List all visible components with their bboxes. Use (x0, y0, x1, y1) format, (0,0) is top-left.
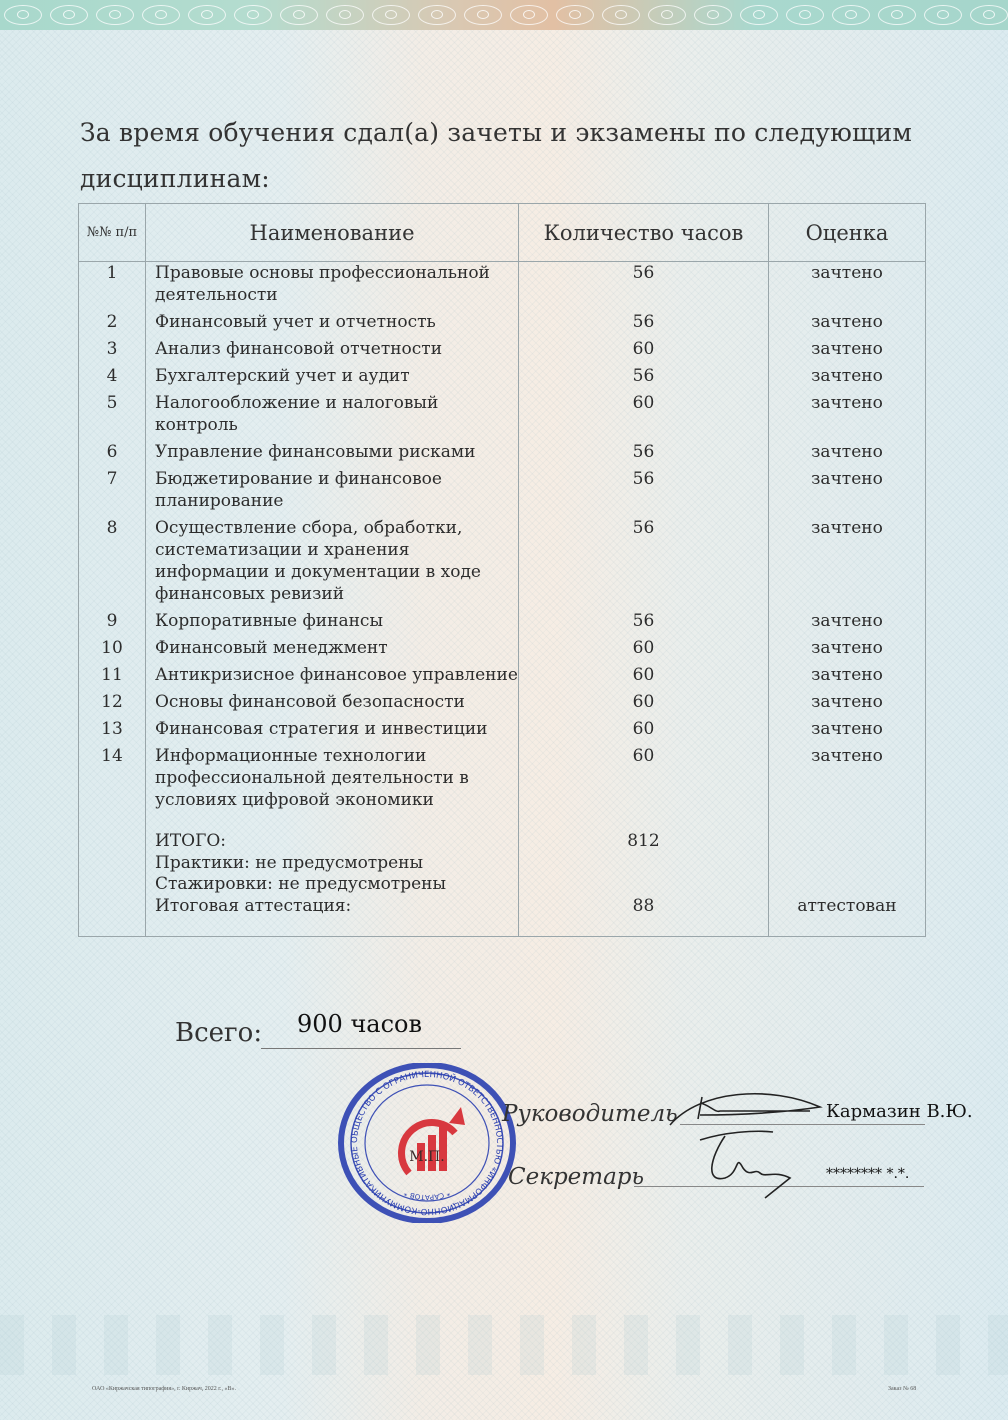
table-header-row: №№ п/п Наименование Количество часов Оце… (79, 204, 926, 262)
discipline-name: Антикризисное финансовое управление (146, 664, 519, 691)
discipline-name: Финансовая стратегия и инвестиции (146, 718, 519, 745)
total-underline: 900 часов (261, 1018, 461, 1049)
ornament-icon (188, 5, 226, 25)
table-row: 12Основы финансовой безопасности60зачтен… (79, 691, 926, 718)
hours-value: 56 (519, 365, 769, 392)
ornament-icon (694, 5, 732, 25)
hours-value: 60 (519, 637, 769, 664)
printer-imprint: ОАО «Киржачская типография», г. Киржач, … (92, 1386, 236, 1392)
row-number: 7 (79, 468, 146, 517)
spacer (769, 830, 925, 852)
spacer (519, 873, 768, 895)
grade-value: зачтено (769, 365, 926, 392)
total-hours: 812 (519, 830, 768, 852)
ornament-icon (510, 5, 548, 25)
final-attestation-label: Итоговая аттестация: (155, 895, 518, 917)
row-number: 12 (79, 691, 146, 718)
table-row: 14Информационные технологии профессионал… (79, 745, 926, 816)
ornament-icon (50, 5, 88, 25)
hours-value: 56 (519, 610, 769, 637)
grade-value: зачтено (769, 338, 926, 365)
ornament-icon (372, 5, 410, 25)
director-label: Руководитель (502, 1101, 678, 1127)
hours-value: 56 (519, 517, 769, 610)
ornament-icon (924, 5, 962, 25)
seal-icon: ОБЩЕСТВО С ОГРАНИЧЕННОЙ ОТВЕТСТВЕННОСТЬЮ… (337, 1063, 517, 1223)
spacer (769, 873, 925, 895)
row-number: 3 (79, 338, 146, 365)
final-attestation-hours: 88 (519, 895, 768, 917)
discipline-name: Корпоративные финансы (146, 610, 519, 637)
table-row: 7Бюджетирование и финансовое планировани… (79, 468, 926, 517)
ornament-icon (970, 5, 1008, 25)
table-row: 5Налогообложение и налоговый контроль60з… (79, 392, 926, 441)
hours-value: 56 (519, 262, 769, 312)
director-signature-icon (660, 1085, 830, 1130)
ornament-icon (786, 5, 824, 25)
table-row: 9Корпоративные финансы56зачтено (79, 610, 926, 637)
summary-row: ИТОГО: Практики: не предусмотрены Стажир… (79, 816, 926, 937)
discipline-name: Анализ финансовой отчетности (146, 338, 519, 365)
table-row: 3Анализ финансовой отчетности60зачтено (79, 338, 926, 365)
grade-value: зачтено (769, 664, 926, 691)
table-row: 2Финансовый учет и отчетность56зачтено (79, 311, 926, 338)
hours-value: 56 (519, 311, 769, 338)
hours-value: 60 (519, 664, 769, 691)
ornament-icon (96, 5, 134, 25)
row-number: 10 (79, 637, 146, 664)
ornament-icon (832, 5, 870, 25)
ornament-icon (234, 5, 272, 25)
internship-note: Стажировки: не предусмотрены (155, 873, 518, 895)
table-row: 4Бухгалтерский учет и аудит56зачтено (79, 365, 926, 392)
intro-line-1: За время обучения сдал(а) зачеты и экзам… (80, 110, 940, 156)
hours-value: 60 (519, 392, 769, 441)
secretary-name: ******** *.*. (826, 1166, 909, 1182)
total-hours-block: Всего: 900 часов (175, 1018, 262, 1048)
discipline-name: Информационные технологии профессиональн… (146, 745, 519, 816)
ornament-icon (280, 5, 318, 25)
discipline-name: Осуществление сбора, обработки, системат… (146, 517, 519, 610)
row-number: 14 (79, 745, 146, 816)
table-row: 11Антикризисное финансовое управление60з… (79, 664, 926, 691)
summary-number-cell (79, 816, 146, 937)
final-attestation-grade: аттестован (769, 895, 925, 917)
total-label: ИТОГО: (155, 830, 518, 852)
header-number: №№ п/п (79, 204, 146, 262)
grade-value: зачтено (769, 392, 926, 441)
decorative-bottom-pattern (0, 1315, 1008, 1375)
practice-note: Практики: не предусмотрены (155, 852, 518, 874)
discipline-name: Бухгалтерский учет и аудит (146, 365, 519, 392)
hours-value: 56 (519, 441, 769, 468)
ornament-icon (740, 5, 778, 25)
grade-value: зачтено (769, 311, 926, 338)
ornament-icon (464, 5, 502, 25)
ornament-icon (556, 5, 594, 25)
hours-value: 60 (519, 718, 769, 745)
discipline-name: Налогообложение и налоговый контроль (146, 392, 519, 441)
spacer (519, 852, 768, 874)
ornament-icon (142, 5, 180, 25)
row-number: 2 (79, 311, 146, 338)
table-row: 13Финансовая стратегия и инвестиции60зач… (79, 718, 926, 745)
grade-value: зачтено (769, 517, 926, 610)
discipline-name: Правовые основы профессиональной деятель… (146, 262, 519, 312)
total-value: 900 часов (297, 1010, 422, 1038)
header-grade: Оценка (769, 204, 926, 262)
summary-grade-cell: аттестован (769, 816, 926, 937)
row-number: 9 (79, 610, 146, 637)
row-number: 13 (79, 718, 146, 745)
hours-value: 56 (519, 468, 769, 517)
table-row: 6Управление финансовыми рисками56зачтено (79, 441, 926, 468)
ornament-icon (326, 5, 364, 25)
discipline-name: Управление финансовыми рисками (146, 441, 519, 468)
header-name: Наименование (146, 204, 519, 262)
row-number: 6 (79, 441, 146, 468)
ornament-icon (602, 5, 640, 25)
summary-name-cell: ИТОГО: Практики: не предусмотрены Стажир… (146, 816, 519, 937)
director-name: Кармазин В.Ю. (826, 1101, 973, 1122)
ornament-icon (878, 5, 916, 25)
row-number: 4 (79, 365, 146, 392)
order-number: Заказ № 68 (888, 1386, 916, 1392)
summary-hours-cell: 812 88 (519, 816, 769, 937)
table-row: 10Финансовый менеджмент60зачтено (79, 637, 926, 664)
hours-value: 60 (519, 691, 769, 718)
svg-text:М.П.: М.П. (409, 1149, 444, 1165)
grade-value: зачтено (769, 468, 926, 517)
grade-value: зачтено (769, 691, 926, 718)
grade-value: зачтено (769, 610, 926, 637)
table-row: 8Осуществление сбора, обработки, система… (79, 517, 926, 610)
secretary-signature-icon (695, 1128, 805, 1203)
table-row: 1Правовые основы профессиональной деятел… (79, 262, 926, 312)
row-number: 11 (79, 664, 146, 691)
total-label: Всего: (175, 1018, 262, 1048)
grade-value: зачтено (769, 718, 926, 745)
grade-value: зачтено (769, 745, 926, 816)
row-number: 8 (79, 517, 146, 610)
secretary-label: Секретарь (508, 1164, 644, 1190)
intro-line-2: дисциплинам: (80, 156, 940, 202)
hours-value: 60 (519, 338, 769, 365)
grade-value: зачтено (769, 637, 926, 664)
official-seal: ОБЩЕСТВО С ОГРАНИЧЕННОЙ ОТВЕТСТВЕННОСТЬЮ… (337, 1063, 517, 1223)
intro-text: За время обучения сдал(а) зачеты и экзам… (80, 110, 940, 202)
hours-value: 60 (519, 745, 769, 816)
row-number: 5 (79, 392, 146, 441)
ornament-icon (648, 5, 686, 25)
discipline-name: Бюджетирование и финансовое планирование (146, 468, 519, 517)
grade-value: зачтено (769, 441, 926, 468)
ornament-icon (418, 5, 456, 25)
grade-value: зачтено (769, 262, 926, 312)
discipline-name: Основы финансовой безопасности (146, 691, 519, 718)
discipline-name: Финансовый менеджмент (146, 637, 519, 664)
decorative-top-border (0, 0, 1008, 30)
disciplines-table: №№ п/п Наименование Количество часов Оце… (78, 203, 926, 937)
header-hours: Количество часов (519, 204, 769, 262)
spacer (769, 852, 925, 874)
discipline-name: Финансовый учет и отчетность (146, 311, 519, 338)
ornament-icon (4, 5, 42, 25)
row-number: 1 (79, 262, 146, 312)
